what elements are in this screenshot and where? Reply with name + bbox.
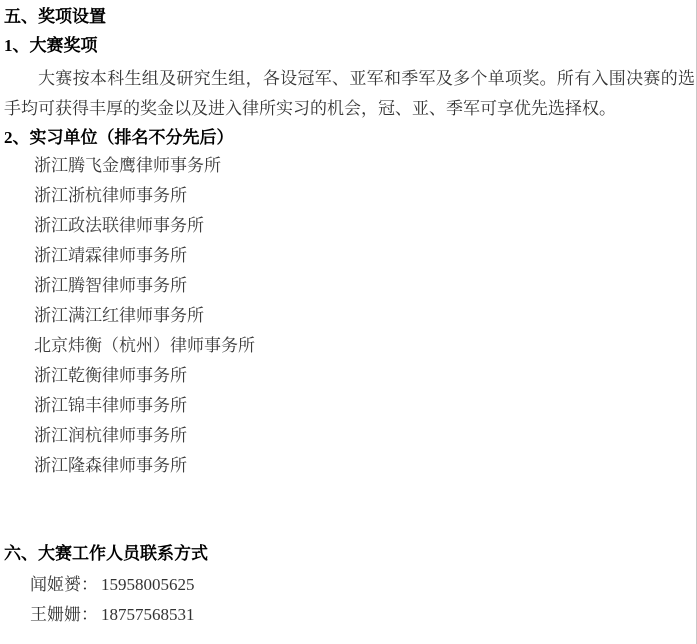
document-page: 五、奖项设置 1、大赛奖项 大赛按本科生组及研究生组，各设冠军、亚军和季军及多个… — [0, 0, 697, 644]
section-5-sub-2-heading: 2、实习单位（排名不分先后） — [4, 128, 697, 147]
contact-line: 王姗姗：18757568531 — [30, 600, 697, 630]
contact-line: 闻姬赟：15958005625 — [30, 570, 697, 600]
law-firm-item: 浙江隆森律师事务所 — [34, 451, 697, 481]
awards-paragraph: 大赛按本科生组及研究生组，各设冠军、亚军和季军及多个单项奖。所有入围决赛的选手均… — [4, 64, 695, 123]
law-firm-item: 浙江浙杭律师事务所 — [34, 181, 697, 211]
law-firm-list: 浙江腾飞金鹰律师事务所 浙江浙杭律师事务所 浙江政法联律师事务所 浙江靖霖律师事… — [4, 151, 697, 481]
law-firm-item: 浙江腾飞金鹰律师事务所 — [34, 151, 697, 181]
section-6-heading: 六、大赛工作人员联系方式 — [4, 544, 697, 563]
law-firm-item: 浙江乾衡律师事务所 — [34, 361, 697, 391]
section-5-heading: 五、奖项设置 — [4, 0, 697, 26]
law-firm-item: 浙江政法联律师事务所 — [34, 211, 697, 241]
law-firm-item: 浙江锦丰律师事务所 — [34, 391, 697, 421]
law-firm-item: 北京炜衡（杭州）律师事务所 — [34, 331, 697, 361]
law-firm-item: 浙江靖霖律师事务所 — [34, 241, 697, 271]
law-firm-item: 浙江腾智律师事务所 — [34, 271, 697, 301]
section-5-sub-1-heading: 1、大赛奖项 — [4, 36, 697, 55]
contact-phone: 15958005625 — [101, 575, 195, 594]
contact-list: 闻姬赟：15958005625 王姗姗：18757568531 — [4, 570, 697, 630]
law-firm-item: 浙江润杭律师事务所 — [34, 421, 697, 451]
contact-phone: 18757568531 — [101, 605, 195, 624]
contact-separator: ： — [81, 605, 98, 624]
contact-name: 闻姬赟 — [30, 575, 81, 594]
contact-name: 王姗姗 — [30, 605, 81, 624]
contact-separator: ： — [81, 575, 98, 594]
law-firm-item: 浙江满江红律师事务所 — [34, 301, 697, 331]
